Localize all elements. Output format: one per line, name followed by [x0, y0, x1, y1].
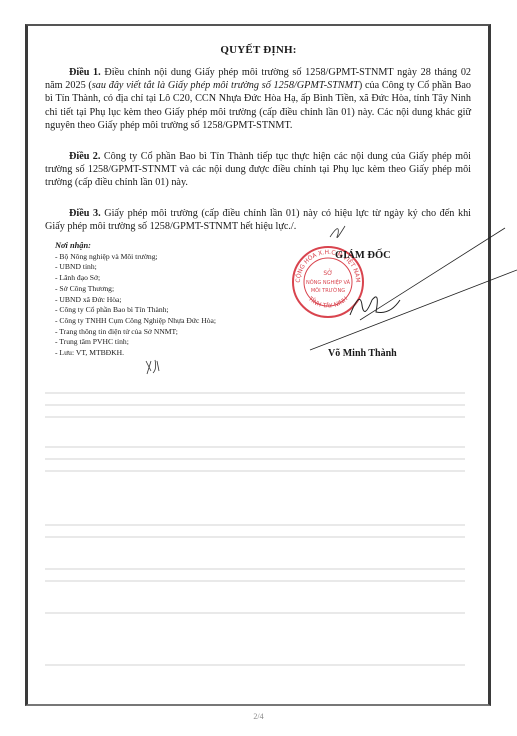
- recipients-block: Nơi nhận: - Bộ Nông nghiệp và Môi trường…: [55, 241, 216, 359]
- bleed-through-line: [45, 580, 465, 582]
- recipient-item: - Trung tâm PVHC tỉnh;: [55, 337, 216, 348]
- bleed-through-line: [45, 664, 465, 666]
- article-2-text: Công ty Cổ phần Bao bì Tín Thành tiếp tụ…: [45, 151, 471, 188]
- bleed-through-line: [45, 568, 465, 570]
- bleed-through-line: [45, 416, 465, 418]
- decision-title: QUYẾT ĐỊNH:: [0, 44, 517, 56]
- article-1-label: Điều 1.: [69, 67, 101, 78]
- recipient-item: - Trang thông tin điện tử của Sở NNMT;: [55, 327, 216, 338]
- bleed-through-line: [45, 404, 465, 406]
- bleed-through-line: [45, 458, 465, 460]
- recipient-item: - Sở Công Thương;: [55, 284, 216, 295]
- recipient-item: - Lãnh đạo Sở;: [55, 273, 216, 284]
- article-1: Điều 1. Điều chỉnh nội dung Giấy phép mô…: [45, 66, 471, 132]
- bleed-through-line: [45, 536, 465, 538]
- recipient-item: - Công ty Cổ phần Bao bì Tín Thành;: [55, 305, 216, 316]
- article-3-label: Điều 3.: [69, 208, 101, 219]
- initial-mark-icon: [143, 357, 165, 377]
- recipients-heading: Nơi nhận:: [55, 241, 216, 252]
- page-number: 2/4: [0, 712, 517, 721]
- signer-name: Võ Minh Thành: [328, 348, 397, 359]
- bleed-through-line: [45, 392, 465, 394]
- recipient-item: - Lưu: VT, MTBĐKH.: [55, 348, 216, 359]
- recipient-item: - UBND xã Đức Hòa;: [55, 295, 216, 306]
- article-2: Điều 2. Công ty Cổ phần Bao bì Tín Thành…: [45, 150, 471, 190]
- article-2-label: Điều 2.: [69, 151, 100, 162]
- article-1-italic: sau đây viết tắt là Giấy phép môi trường…: [92, 80, 359, 91]
- bleed-through-line: [45, 446, 465, 448]
- bleed-through-line: [45, 612, 465, 614]
- bleed-through-line: [45, 524, 465, 526]
- bleed-through-line: [45, 470, 465, 472]
- recipient-item: - UBND tỉnh;: [55, 262, 216, 273]
- recipient-item: - Bộ Nông nghiệp và Môi trường;: [55, 252, 216, 263]
- recipient-item: - Công ty TNHH Cụm Công Nghiệp Nhựa Đức …: [55, 316, 216, 327]
